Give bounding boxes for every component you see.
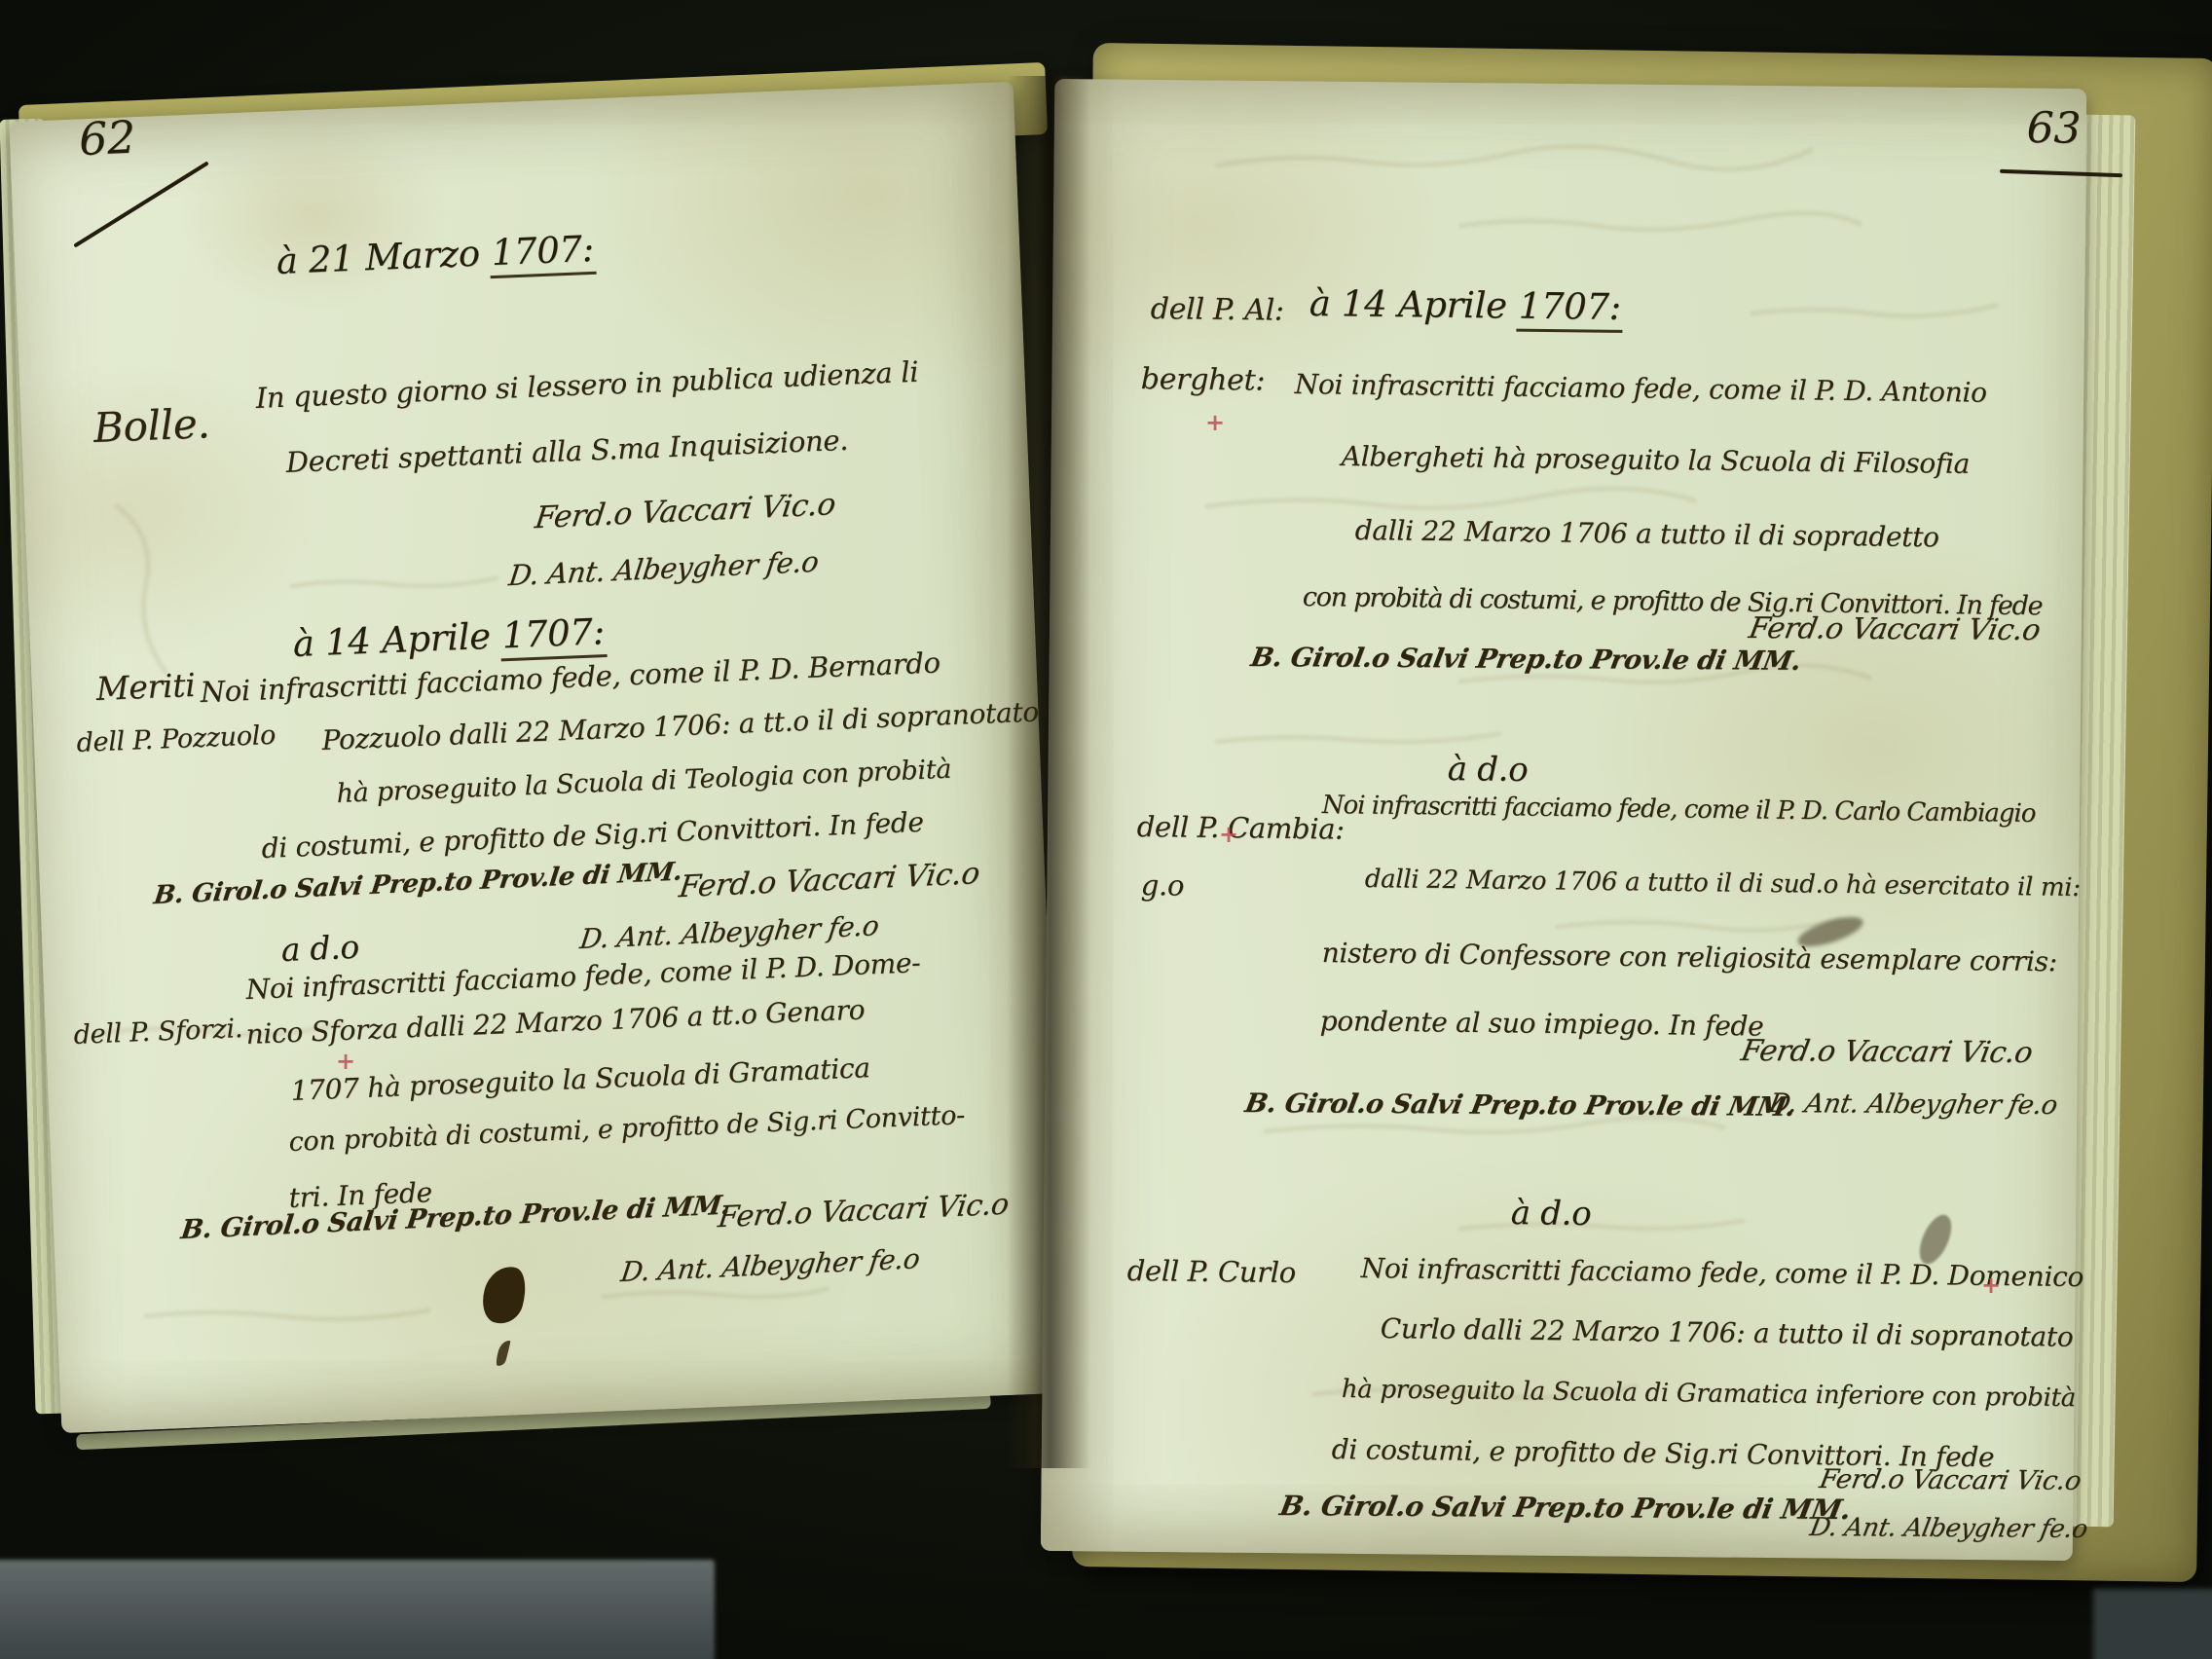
date-text: à 21 Marzo	[276, 233, 481, 282]
signature-salvi: B. Girol.o Salvi Prep.to Prov.le di MM.	[1248, 643, 1803, 677]
red-cross-mark: +	[1219, 821, 1238, 848]
date-text: à d.o	[1511, 1194, 1592, 1234]
margin-note: dell P. Curlo	[1127, 1254, 1297, 1289]
signature-vaccari: Ferd.o Vaccari Vic.o	[1747, 611, 2044, 647]
signature-vaccari: Ferd.o Vaccari Vic.o	[1817, 1464, 2083, 1496]
entry-date-heading: a d.o	[280, 928, 360, 969]
page-number-right: 63	[2026, 103, 2081, 154]
date-year: 1707:	[499, 610, 608, 661]
table-edge	[0, 1560, 715, 1659]
date-year: 1707:	[1516, 285, 1623, 333]
date-year: 1707:	[489, 228, 597, 278]
red-cross-mark: +	[336, 1048, 355, 1075]
signature-salvi: B. Girol.o Salvi Prep.to Prov.le di MM.	[1242, 1088, 1797, 1123]
entry-date-heading: à 14 Aprile1707:	[1309, 282, 1623, 328]
date-text: à 14 Aprile	[292, 615, 492, 665]
margin-note: Bolle.	[92, 399, 210, 452]
page-number-left: 62	[78, 111, 136, 166]
signature-albergher: D. Ant. Albeygher fe.o	[1808, 1513, 2090, 1544]
margin-note: berghet:	[1141, 362, 1266, 398]
table-edge	[2093, 1589, 2212, 1659]
date-text: à d.o	[1448, 750, 1529, 790]
signature-salvi: B. Girol.o Salvi Prep.to Prov.le di MM.	[1277, 1490, 1854, 1526]
red-cross-mark: +	[1981, 1272, 2001, 1299]
margin-note: Meriti	[95, 666, 196, 708]
red-cross-mark: +	[1205, 409, 1225, 436]
date-text: a d.o	[280, 928, 360, 969]
signature-albergher: D. Ant. Albeygher fe.o	[1766, 1088, 2059, 1121]
entry-date-heading: à d.o	[1448, 750, 1529, 790]
margin-note: dell P. Cambia:	[1137, 810, 1345, 846]
margin-note: dell P. Al:	[1151, 292, 1284, 328]
margin-note: g.o	[1141, 868, 1185, 903]
manuscript-photo: 62 à 21 Marzo1707: Bolle. In questo gior…	[0, 0, 2212, 1659]
date-text: à 14 Aprile	[1309, 282, 1507, 326]
entry-body-line: pondente al suo impiego. In fede	[1320, 1005, 1764, 1043]
book-gutter	[1007, 76, 1090, 1468]
signature-vaccari: Ferd.o Vaccari Vic.o	[1739, 1034, 2036, 1070]
entry-date-heading: à d.o	[1511, 1194, 1592, 1234]
